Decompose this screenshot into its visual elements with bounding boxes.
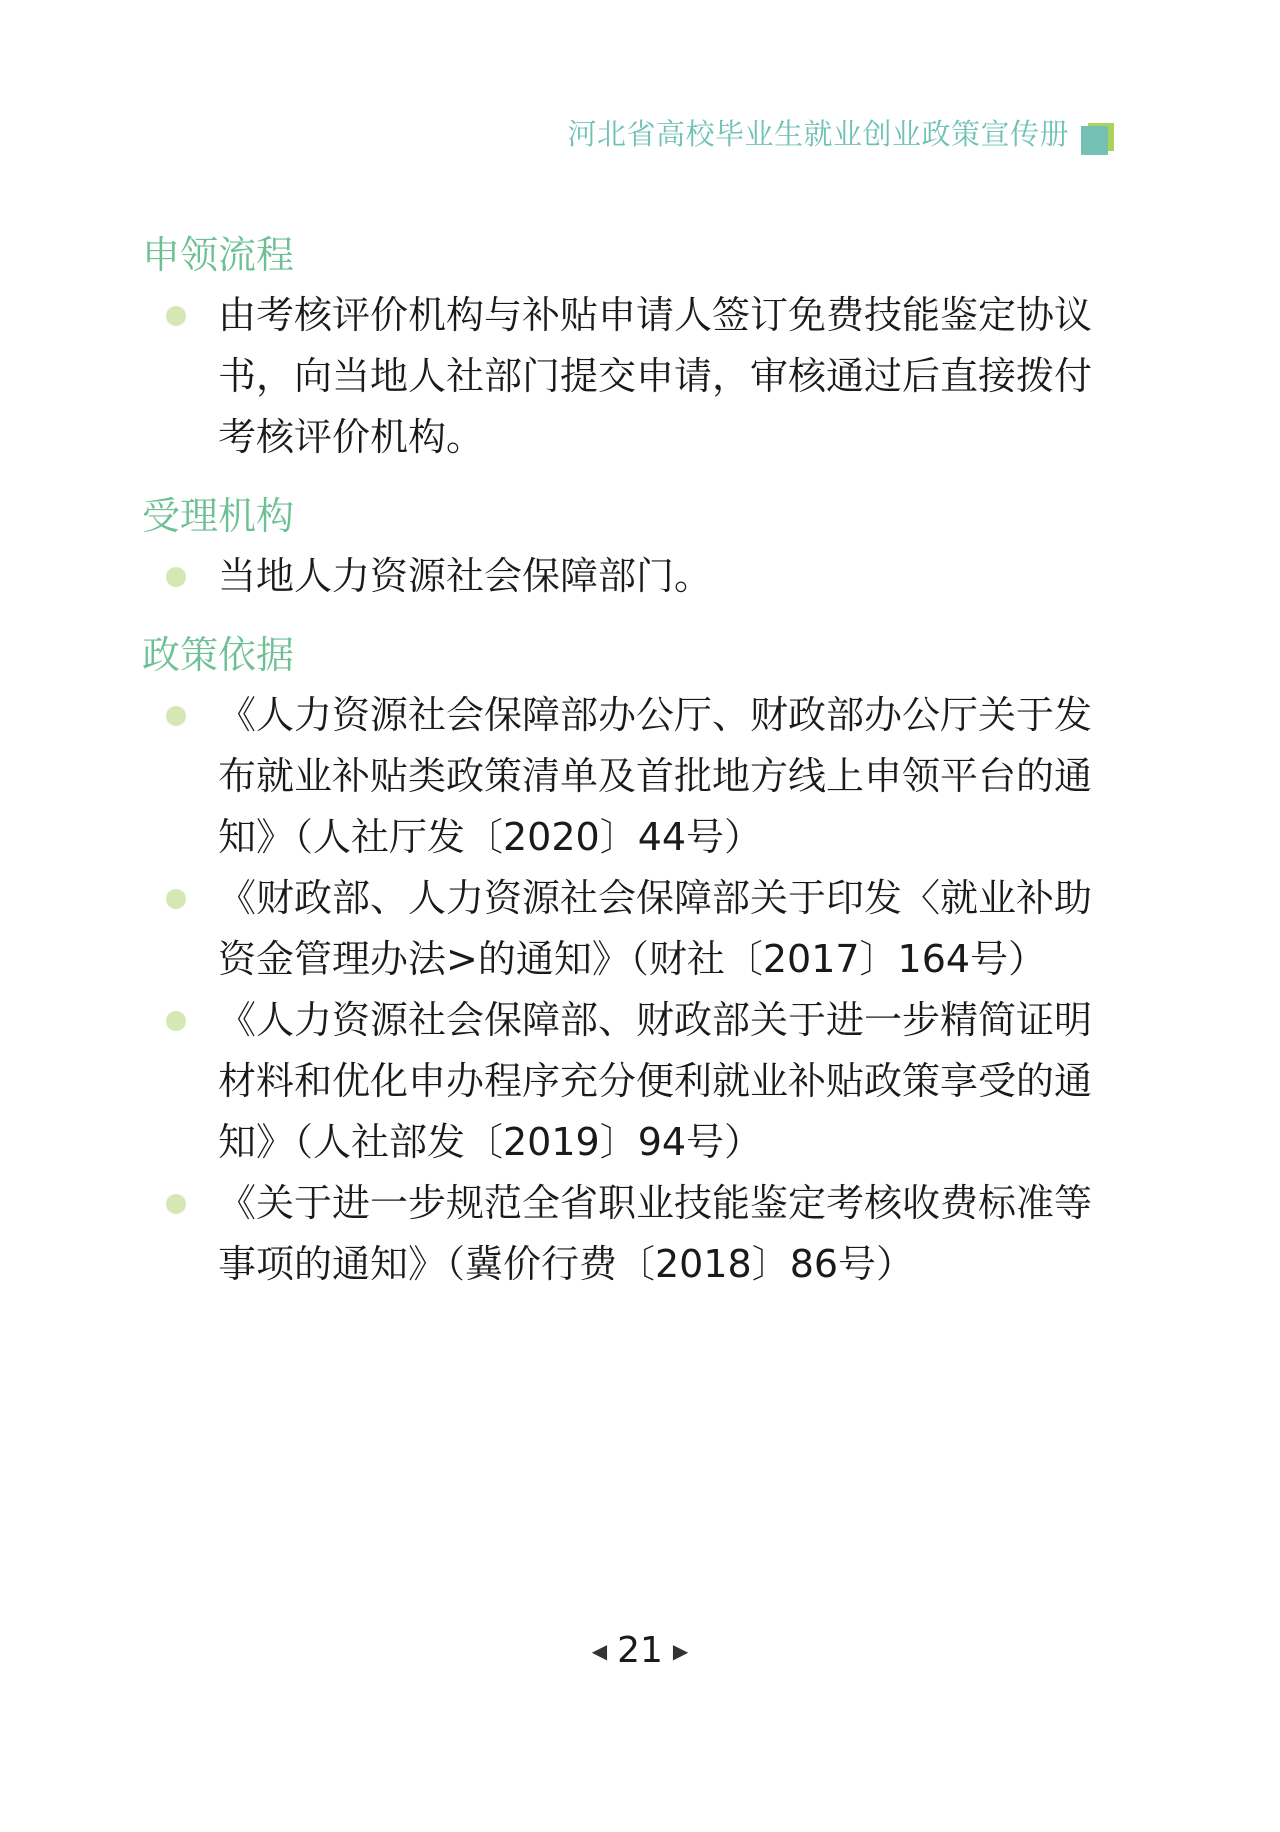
page-footer: ◀ 21 ▶ [0, 1630, 1280, 1671]
list-item: 当地人力资源社会保障部门。 [142, 546, 1102, 607]
bullet-dot-icon [166, 706, 186, 726]
bullet-dot-icon [166, 1194, 186, 1214]
section-title: 受理机构 [142, 486, 1102, 546]
bullet-dot-icon [166, 306, 186, 326]
section-policy-basis: 政策依据 《人力资源社会保障部办公厅、财政部办公厅关于发布就业补贴类政策清单及首… [142, 625, 1102, 1295]
list-item: 《人力资源社会保障部办公厅、财政部办公厅关于发布就业补贴类政策清单及首批地方线上… [142, 685, 1102, 868]
triangle-left-icon: ◀ [592, 1639, 607, 1663]
list-item: 《人力资源社会保障部、财政部关于进一步精简证明材料和优化申办程序充分便利就业补贴… [142, 990, 1102, 1173]
section-handling-agency: 受理机构 当地人力资源社会保障部门。 [142, 486, 1102, 607]
list-item: 由考核评价机构与补贴申请人签订免费技能鉴定协议书，向当地人社部门提交申请，审核通… [142, 285, 1102, 468]
section-application-process: 申领流程 由考核评价机构与补贴申请人签订免费技能鉴定协议书，向当地人社部门提交申… [142, 225, 1102, 468]
list-item: 《关于进一步规范全省职业技能鉴定考核收费标准等事项的通知》（冀价行费〔2018〕… [142, 1173, 1102, 1295]
item-list: 由考核评价机构与补贴申请人签订免费技能鉴定协议书，向当地人社部门提交申请，审核通… [142, 285, 1102, 468]
bullet-dot-icon [166, 567, 186, 587]
section-title: 政策依据 [142, 625, 1102, 685]
page-header: 河北省高校毕业生就业创业政策宣传册 [567, 112, 1115, 153]
list-item: 《财政部、人力资源社会保障部关于印发〈就业补助资金管理办法>的通知》（财社〔20… [142, 868, 1102, 990]
item-list: 《人力资源社会保障部办公厅、财政部办公厅关于发布就业补贴类政策清单及首批地方线上… [142, 685, 1102, 1295]
square-decoration-icon [1081, 123, 1115, 155]
page-content: 申领流程 由考核评价机构与补贴申请人签订免费技能鉴定协议书，向当地人社部门提交申… [142, 225, 1102, 1313]
item-list: 当地人力资源社会保障部门。 [142, 546, 1102, 607]
page-number: 21 [617, 1630, 663, 1671]
bullet-dot-icon [166, 889, 186, 909]
triangle-right-icon: ▶ [673, 1639, 688, 1663]
section-title: 申领流程 [142, 225, 1102, 285]
bullet-dot-icon [166, 1011, 186, 1031]
booklet-title: 河北省高校毕业生就业创业政策宣传册 [567, 112, 1069, 153]
